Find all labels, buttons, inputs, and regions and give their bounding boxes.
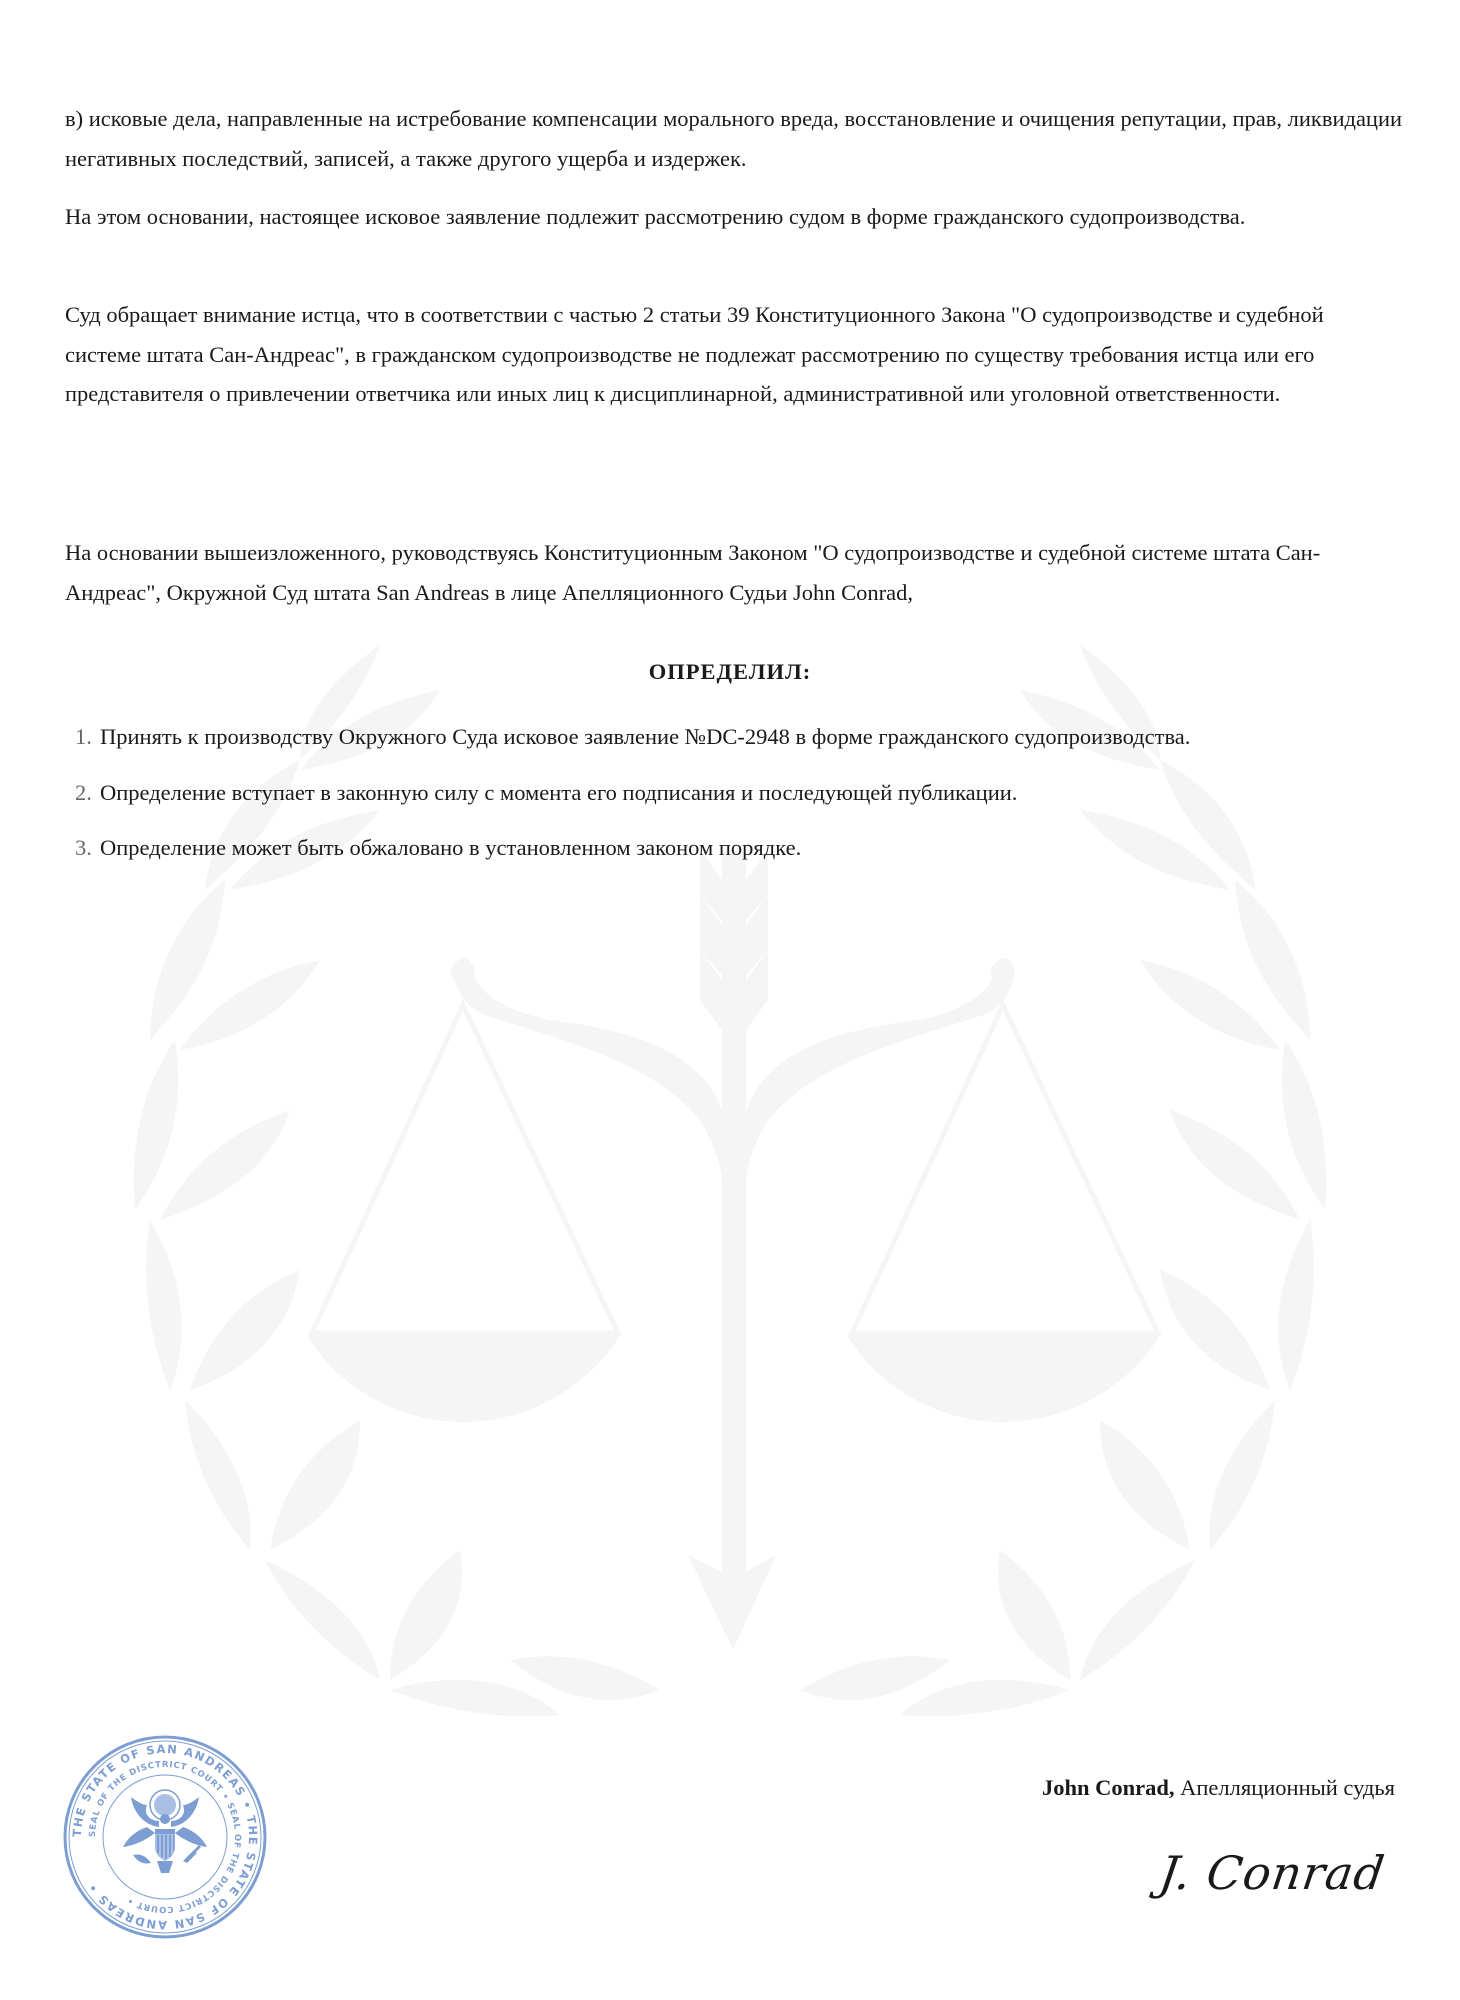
ruling-item-number: 2. bbox=[75, 773, 100, 813]
ruling-list: 1. Принять к производству Окружного Суда… bbox=[75, 717, 1405, 884]
ruling-item: 2. Определение вступает в законную силу … bbox=[75, 773, 1405, 813]
paragraph-grounds: На основании вышеизложенного, руководств… bbox=[65, 533, 1405, 612]
ruling-item: 1. Принять к производству Окружного Суда… bbox=[75, 717, 1405, 757]
ruling-item-text: Определение может быть обжаловано в уста… bbox=[100, 828, 801, 868]
ruling-item-text: Принять к производству Окружного Суда ис… bbox=[100, 717, 1190, 757]
ruling-item-number: 1. bbox=[75, 717, 100, 757]
signer-name: John Conrad, bbox=[1042, 1775, 1175, 1800]
ruling-item-number: 3. bbox=[75, 828, 100, 868]
ruling-heading: ОПРЕДЕЛИЛ: bbox=[65, 652, 1395, 692]
ruling-item-text: Определение вступает в законную силу с м… bbox=[100, 773, 1017, 813]
court-seal-icon: THE STATE OF SAN ANDREAS • THE STATE OF … bbox=[63, 1735, 267, 1939]
handwritten-signature: J. Conrad bbox=[1135, 1834, 1395, 1914]
signer-title: Апелляционный судья bbox=[1180, 1775, 1395, 1800]
ruling-item: 3. Определение может быть обжаловано в у… bbox=[75, 828, 1405, 868]
paragraph-court-notice: Суд обращает внимание истца, что в соотв… bbox=[65, 295, 1405, 414]
signer-line: John Conrad, Апелляционный судья bbox=[1042, 1772, 1395, 1804]
paragraph-basis: На этом основании, настоящее исковое зая… bbox=[65, 197, 1405, 237]
signature-block: John Conrad, Апелляционный судья J. Conr… bbox=[1042, 1772, 1395, 1804]
handwritten-signature-text: J. Conrad bbox=[1148, 1846, 1388, 1900]
paragraph-claim-types: в) исковые дела, направленные на истребо… bbox=[65, 99, 1405, 178]
